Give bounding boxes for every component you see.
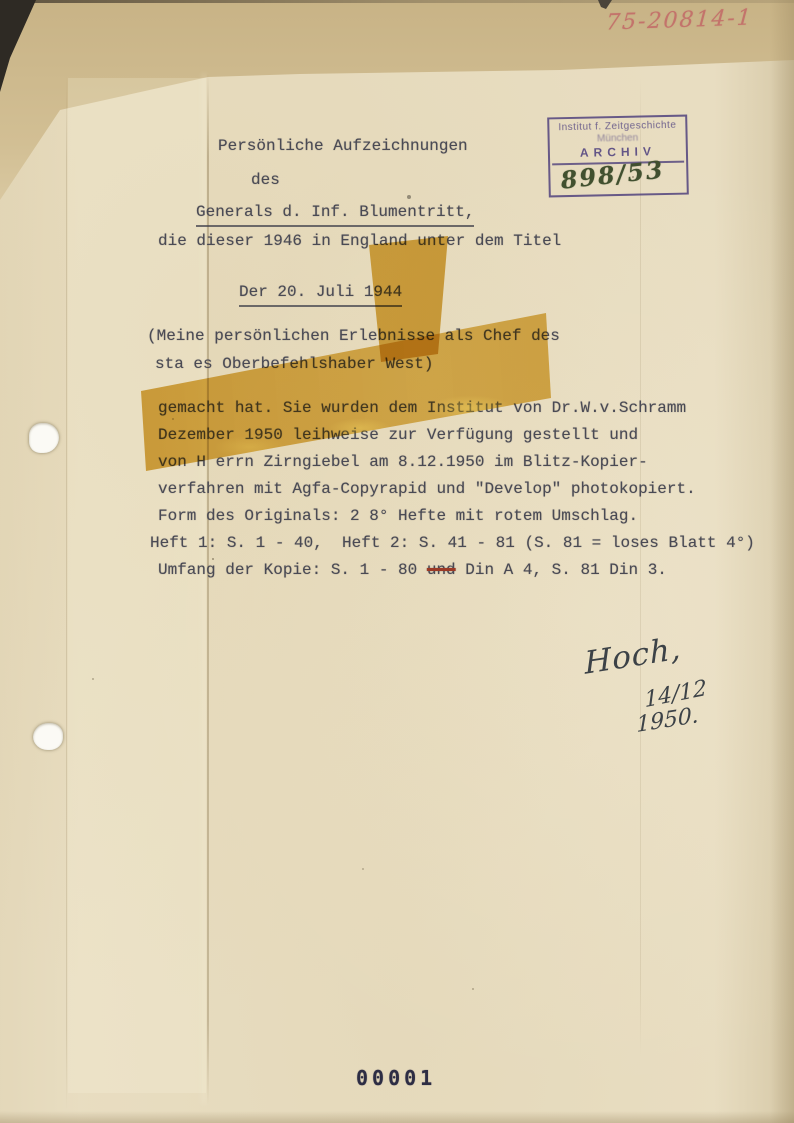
typed-text: Din A 4, S. 81 Din 3. — [456, 561, 667, 579]
underlined-text: Generals d. Inf. Blumentritt, — [196, 202, 474, 227]
typed-title-line: die dieser 1946 in England unter dem Tit… — [158, 231, 561, 251]
struck-through-word: und — [427, 561, 456, 579]
right-edge-shadow — [770, 0, 794, 1123]
stamp-number-area: 898/53 — [552, 163, 685, 196]
typed-title-line: des — [251, 170, 280, 190]
scan-top-edge — [0, 0, 794, 3]
typed-body-line: Form des Originals: 2 8° Hefte mit rotem… — [158, 506, 638, 526]
crease-line — [207, 74, 209, 1104]
crease-line — [66, 76, 67, 1111]
typed-title-line: Persönliche Aufzeichnungen — [218, 136, 468, 156]
typed-body-line: Umfang der Kopie: S. 1 - 80 und Din A 4,… — [158, 560, 667, 580]
scanned-document-page: Persönliche Aufzeichnungen des Generals … — [0, 0, 794, 1123]
typed-text: Umfang der Kopie: S. 1 - 80 — [158, 561, 427, 579]
handwritten-signature: Hoch, — [584, 630, 683, 681]
archive-stamp: Institut f. Zeitgeschichte München ARCHI… — [547, 115, 689, 198]
punch-hole — [29, 423, 59, 453]
archival-number-annotation: 75-20814-1 — [605, 5, 754, 35]
punch-hole — [33, 723, 63, 750]
typed-body-line: Heft 1: S. 1 - 40, Heft 2: S. 41 - 81 (S… — [150, 533, 755, 553]
typed-title-line-underlined: Generals d. Inf. Blumentritt, — [196, 202, 474, 227]
page-number-stamp: 00001 — [356, 1066, 436, 1090]
bottom-edge-shadow — [0, 1111, 794, 1123]
typed-body-line: verfahren mit Agfa-Copyrapid und "Develo… — [158, 479, 696, 499]
